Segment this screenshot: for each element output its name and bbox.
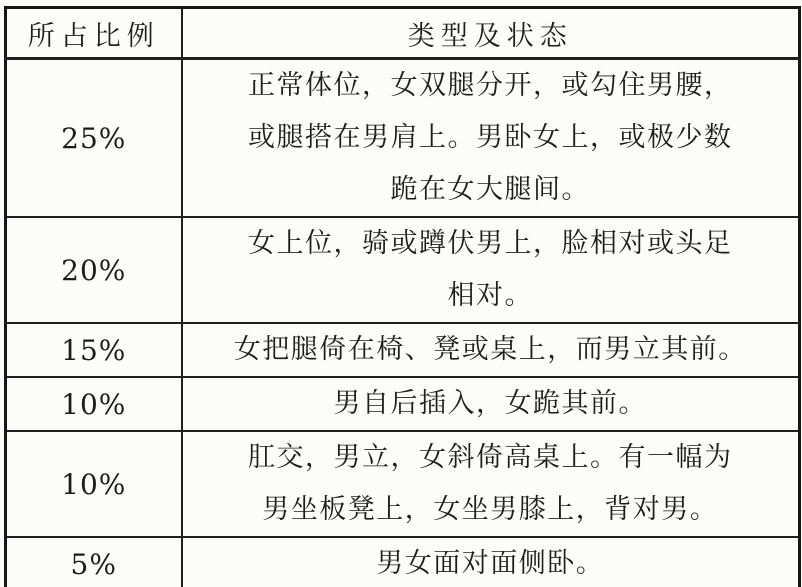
proportion-cell: 20% [6, 217, 182, 323]
proportion-cell: 5% [6, 537, 182, 587]
table-row: 20% 女上位，骑或蹲伏男上，脸相对或头足 相对。 [6, 217, 800, 323]
column-header-proportion: 所占比例 [6, 8, 182, 59]
scanned-page: 所占比例 类型及状态 25% 正常体位，女双腿分开，或勾住男腰， 或腿搭在男肩上… [0, 0, 802, 587]
description-cell: 男女面对面侧卧。 [182, 537, 800, 587]
proportion-cell: 10% [6, 377, 182, 431]
proportion-cell: 15% [6, 323, 182, 377]
description-cell: 正常体位，女双腿分开，或勾住男腰， 或腿搭在男肩上。男卧女上，或极少数 跪在女大… [182, 59, 800, 218]
table-row: 10% 男自后插入，女跪其前。 [6, 377, 800, 431]
description-cell: 女上位，骑或蹲伏男上，脸相对或头足 相对。 [182, 217, 800, 323]
description-cell: 女把腿倚在椅、凳或桌上，而男立其前。 [182, 323, 800, 377]
description-cell: 男自后插入，女跪其前。 [182, 377, 800, 431]
table-row: 5% 男女面对面侧卧。 [6, 537, 800, 587]
table-header-row: 所占比例 类型及状态 [6, 8, 800, 59]
description-cell: 肛交，男立，女斜倚高桌上。有一幅为 男坐板凳上，女坐男膝上，背对男。 [182, 431, 800, 537]
positions-statistics-table: 所占比例 类型及状态 25% 正常体位，女双腿分开，或勾住男腰， 或腿搭在男肩上… [4, 6, 801, 587]
column-header-type: 类型及状态 [182, 8, 800, 59]
table-row: 10% 肛交，男立，女斜倚高桌上。有一幅为 男坐板凳上，女坐男膝上，背对男。 [6, 431, 800, 537]
proportion-cell: 10% [6, 431, 182, 537]
table-row: 25% 正常体位，女双腿分开，或勾住男腰， 或腿搭在男肩上。男卧女上，或极少数 … [6, 59, 800, 218]
table-row: 15% 女把腿倚在椅、凳或桌上，而男立其前。 [6, 323, 800, 377]
proportion-cell: 25% [6, 59, 182, 218]
